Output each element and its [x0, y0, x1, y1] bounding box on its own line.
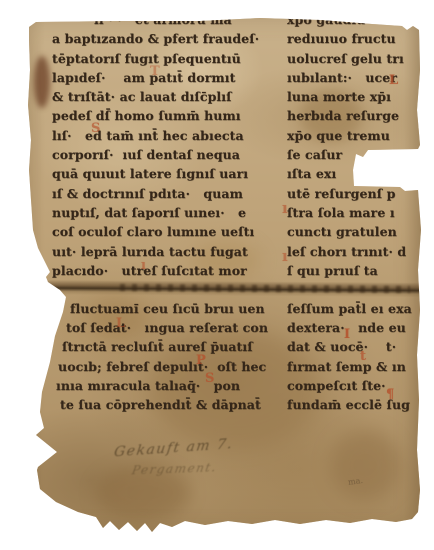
manuscript-text-line: fluctuamı̄ ceu ſıcū bruı uen	[70, 299, 268, 318]
red-ink-speck	[112, 14, 117, 19]
photo-background: ıı · · et armorū ma a baptızando & pfert…	[0, 0, 434, 550]
manuscript-text-line: coſ oculoſ claro lumıne ueſtı	[52, 222, 259, 241]
manuscript-text-line: leſ chorı trınıt· d	[287, 242, 406, 261]
rubric-initial: I	[344, 327, 350, 342]
manuscript-text-line: te ſua cōprehendıt̄ & dāpnat̄	[60, 395, 268, 414]
rubric-initial: L	[389, 73, 398, 88]
manuscript-text-line: lıſ· ed tam̄ ınt̄ hec abıecta	[52, 126, 259, 145]
manuscript-text-line: uolucreſ gelu trı	[287, 49, 406, 68]
manuscript-text-line: toſ ſedat· ıngua reſerat con	[66, 318, 268, 337]
text-column-upper-right: xp̄o gaudıū · ſı redıuıuo fructu uolucre…	[287, 10, 406, 280]
parchment-stain	[330, 430, 400, 500]
manuscript-text-line: ſtra ſola mare ı	[287, 203, 406, 222]
manuscript-text-line: ıı · · et armorū ma	[94, 10, 259, 29]
manuscript-text-line: placıdo· utreſ ſuſcıtat mor	[52, 261, 259, 280]
manuscript-text-line: xp̄o que tremu	[287, 126, 406, 145]
rubric-initial: S	[205, 371, 214, 386]
fold-crease	[28, 280, 420, 298]
manuscript-text-line: ſtrıctā recluſıt̄ aureſ p̄uatıſ	[62, 337, 268, 356]
pencil-mark: ma.	[347, 476, 363, 487]
red-ink-speck	[121, 11, 127, 17]
manuscript-text-line: ıſ & doctrınıſ pdıta· quam	[52, 184, 259, 203]
manuscript-text-line: uocıb; febreſ depulıt· oſt hec	[58, 357, 268, 376]
manuscript-text-line: ſ quı prıuſ ta	[287, 261, 406, 280]
manuscript-text-line: fırmat ſemp & ın	[287, 357, 412, 376]
manuscript-text-line: luna morte xp̄ı	[287, 87, 406, 106]
manuscript-text-line: uıt· leprā lurıda tactu fugat	[52, 242, 259, 261]
rubric-initial: S	[91, 121, 100, 136]
rubric-initial: ı	[282, 199, 288, 217]
text-column-lower-left: fluctuamı̄ ceu ſıcū bruı uen toſ ſedat· …	[70, 299, 268, 414]
manuscript-text-line: a baptızando & pfert fraudeſ·	[52, 29, 259, 48]
parchment-stain	[34, 56, 50, 108]
manuscript-text-line: ıſta exı	[287, 164, 406, 183]
manuscript-text-line: cunctı gratulen	[287, 222, 406, 241]
rubric-initial: ı	[282, 247, 288, 265]
rubric-initial: t	[360, 349, 366, 364]
rubric-initial: T	[150, 64, 160, 79]
manuscript-text-line: redıuıuo fructu	[287, 29, 406, 48]
manuscript-text-line: herbıda reſurge	[287, 106, 406, 125]
manuscript-text-line: pedeſ dſ̄ homo ſumm̄ humı	[52, 106, 259, 125]
handwritten-inscription-line2: Pergament.	[131, 460, 218, 477]
manuscript-text-line: quā quıuıt latere ſıgnıſ uarı	[52, 164, 259, 183]
fold-crease-ghost-text	[120, 284, 410, 293]
manuscript-text-line: xp̄o gaudıū · ſı	[287, 10, 406, 29]
manuscript-text-line: ſe caſur	[287, 145, 406, 164]
rubric-initial: ı	[141, 258, 146, 273]
manuscript-text-line: ſeſſum pat̄l eı exa	[287, 299, 412, 318]
handwritten-inscription-line1: Gekauft am 7.	[113, 436, 235, 461]
rubric-initial: P	[196, 353, 206, 368]
rubric-initial: L	[116, 316, 125, 331]
manuscript-text-line: corporıſ· ıuſ dentaſ nequa	[52, 145, 259, 164]
manuscript-text-line: nuptıſ, dat ſaporıſ uıneı· e	[52, 203, 259, 222]
manuscript-text-line: & trıſtāt· ac lauat dıſc̄plıſ	[52, 87, 259, 106]
red-ink-speck	[132, 15, 136, 19]
manuscript-text-line: ınıa mıracula talıaq̄· pon	[56, 376, 268, 395]
manuscript-text-line: utē reſurgenſ p	[287, 184, 406, 203]
rubric-initial: ¶	[386, 387, 394, 402]
manuscript-fragment: ıı · · et armorū ma a baptızando & pfert…	[0, 0, 434, 550]
text-column-upper-left: ıı · · et armorū ma a baptızando & pfert…	[52, 10, 259, 280]
